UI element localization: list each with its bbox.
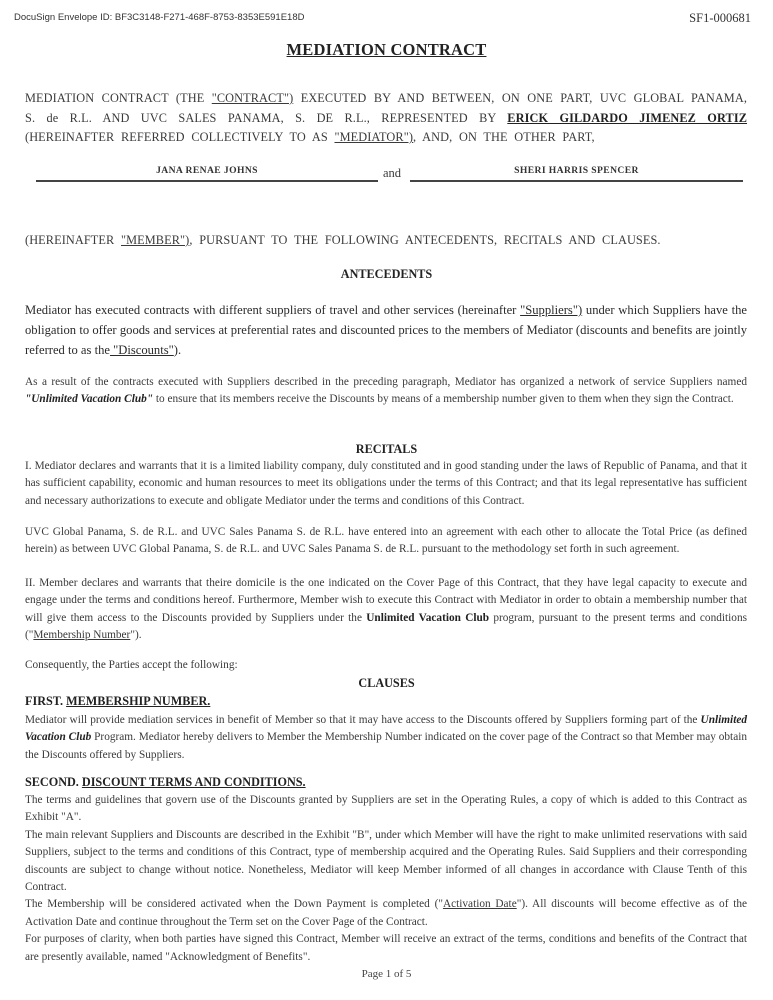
mediator-term: "MEDIATOR")	[334, 130, 413, 144]
antecedents-heading: ANTECEDENTS	[0, 267, 773, 282]
antecedents-paragraph-1: Mediator has executed contracts with dif…	[25, 300, 747, 360]
consequently-text: Consequently, the Parties accept the fol…	[25, 657, 747, 674]
preamble: MEDIATION CONTRACT (THE "CONTRACT") EXEC…	[25, 89, 747, 148]
suppliers-term: "Suppliers")	[520, 303, 582, 317]
member-2-line: SHERI HARRIS SPENCER	[410, 164, 743, 182]
clause-first-ordinal: FIRST.	[25, 694, 66, 708]
member-term: "MEMBER")	[121, 233, 189, 247]
recital-2: II. Member declares and warrants that th…	[25, 575, 747, 645]
clause-first-body: Mediator will provide mediation services…	[25, 712, 747, 764]
contract-term: "CONTRACT")	[212, 91, 294, 105]
clause-second-sentence-2: The main relevant Suppliers and Discount…	[25, 827, 747, 897]
preamble-text: MEDIATION CONTRACT (THE	[25, 91, 212, 105]
member-clause-text: (HEREINAFTER	[25, 233, 121, 247]
member-2-name: SHERI HARRIS SPENCER	[514, 165, 639, 176]
recital-2-text: ").	[130, 629, 141, 641]
party-conjunction: and	[383, 166, 401, 181]
clause-second-sentence-1: The terms and guidelines that govern use…	[25, 792, 747, 827]
clause-first-text: Program. Mediator hereby delivers to Mem…	[25, 731, 747, 760]
antecedents-text: to ensure that its members receive the D…	[153, 393, 734, 405]
clause-first-heading: FIRST. MEMBERSHIP NUMBER.	[25, 694, 210, 709]
club-name: "Unlimited Vacation Club"	[25, 393, 153, 405]
membership-number-term: Membership Number	[33, 629, 130, 641]
envelope-id: DocuSign Envelope ID: BF3C3148-F271-468F…	[14, 12, 304, 23]
recital-1b: UVC Global Panama, S. de R.L. and UVC Sa…	[25, 524, 747, 559]
clause-second-sentence-3: The Membership will be considered activa…	[25, 896, 747, 931]
antecedents-text: Mediator has executed contracts with dif…	[25, 303, 520, 317]
club-name: Unlimited Vacation Club	[366, 612, 489, 624]
member-1-name: JANA RENAE JOHNS	[156, 165, 258, 176]
page-title: MEDIATION CONTRACT	[0, 40, 773, 60]
clause-second-body: The terms and guidelines that govern use…	[25, 792, 747, 966]
clause-first-text: Mediator will provide mediation services…	[25, 714, 701, 726]
activation-date-term: Activation Date	[443, 898, 517, 910]
recital-1-text: I. Mediator declares and warrants that i…	[25, 458, 747, 510]
clause-first-title: MEMBERSHIP NUMBER.	[66, 694, 210, 708]
discounts-term: "Discounts"	[110, 343, 174, 357]
preamble-text: , AND, ON THE OTHER PART,	[413, 130, 595, 144]
recitals-heading: RECITALS	[0, 442, 773, 457]
clause-second-ordinal: SECOND.	[25, 775, 82, 789]
antecedents-text: As a result of the contracts executed wi…	[25, 376, 747, 388]
clause-second-text: The Membership will be considered activa…	[25, 898, 443, 910]
clauses-heading: CLAUSES	[0, 676, 773, 691]
member-clause-text: , PURSUANT TO THE FOLLOWING ANTECEDENTS,…	[189, 233, 660, 247]
recital-1: I. Mediator declares and warrants that i…	[25, 458, 747, 510]
antecedents-paragraph-2: As a result of the contracts executed wi…	[25, 374, 747, 409]
member-1-line: JANA RENAE JOHNS	[36, 164, 378, 182]
representative-name: ERICK GILDARDO JIMENEZ ORTIZ	[507, 111, 747, 125]
recital-1b-text: UVC Global Panama, S. de R.L. and UVC Sa…	[25, 524, 747, 559]
clause-second-heading: SECOND. DISCOUNT TERMS AND CONDITIONS.	[25, 775, 306, 790]
antecedents-text: ).	[174, 343, 181, 357]
preamble-text: (HEREINAFTER REFERRED COLLECTIVELY TO AS	[25, 130, 334, 144]
document-number: SF1-000681	[689, 11, 751, 26]
page-number: Page 1 of 5	[0, 968, 773, 980]
clause-second-title: DISCOUNT TERMS AND CONDITIONS.	[82, 775, 306, 789]
member-clause: (HEREINAFTER "MEMBER"), PURSUANT TO THE …	[25, 231, 747, 251]
clause-second-sentence-4: For purposes of clarity, when both parti…	[25, 931, 747, 966]
